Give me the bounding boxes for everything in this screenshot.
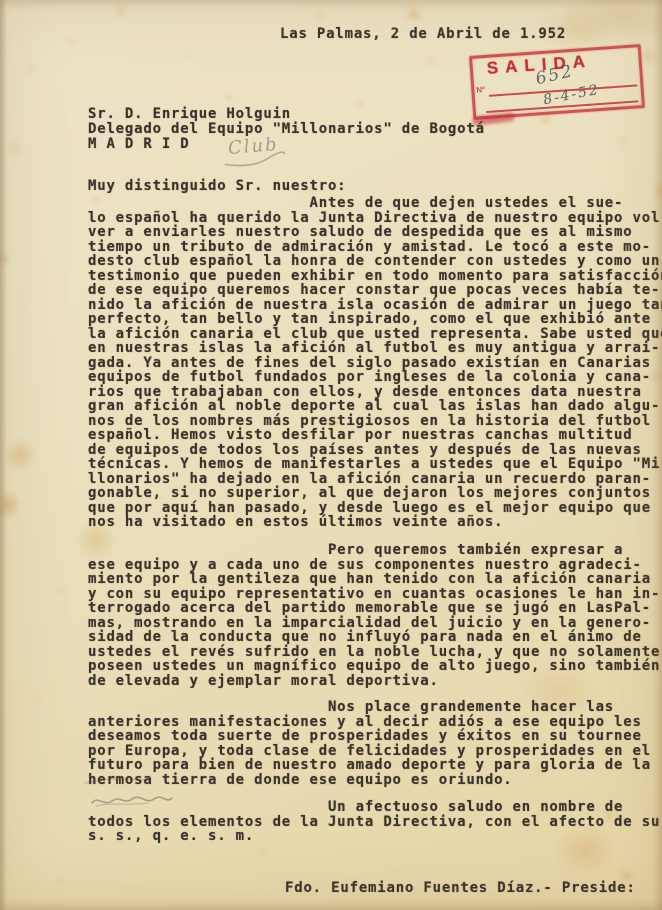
dateline: Las Palmas, 2 de Abril de 1.952 [280, 27, 566, 42]
salutation: Muy distinguido Sr. nuestro: [88, 179, 346, 194]
pencil-scribble [90, 792, 174, 810]
pencil-mark-over-hermosa [84, 774, 150, 786]
foxing-spots [0, 0, 2, 2]
signature-line: Fdo. Eufemiano Fuentes Díaz.- Preside: [285, 881, 636, 896]
recipient-block: Sr. D. Enrique Holguin Delegado del Equi… [88, 107, 485, 152]
pencil-club-note: Club [227, 134, 279, 159]
body-paragraph-2: Pero queremos también expresar a ese equ… [88, 543, 660, 688]
stamp-number-label: Nº [476, 85, 486, 95]
letter-scan: { "letter": { "dateline": "Las Palmas, 2… [0, 0, 662, 910]
body-paragraph-3: Nos place grandemente hacer las anterior… [88, 700, 651, 787]
exit-stamp: SALIDA Nº 652 8-4-52 [469, 44, 645, 120]
body-paragraph-1: Antes de que dejen ustedes el sue- lo es… [88, 196, 662, 530]
